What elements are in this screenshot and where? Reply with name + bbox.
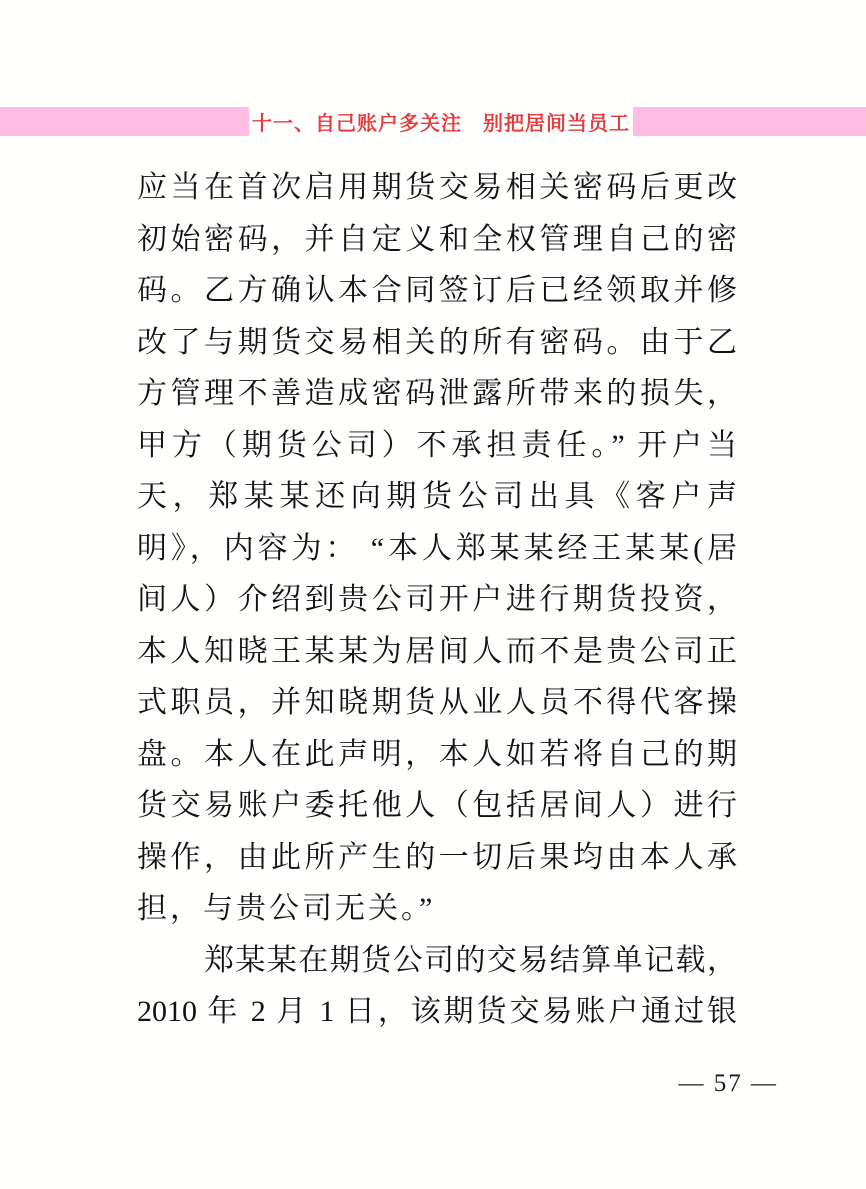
body-text: 应当在首次启用期货交易相关密码后更改 初始密码，并自定义和全权管理自己的密 码。… bbox=[137, 162, 737, 1038]
page-number: — 57 — bbox=[679, 1070, 779, 1098]
chapter-title: 十一、自己账户多关注 别把居间当员工 bbox=[252, 107, 630, 136]
text-line: 天，郑某某还向期货公司出具《客户声 bbox=[137, 471, 737, 523]
text-line-paragraph-end: 担，与贵公司无关。” bbox=[137, 883, 737, 935]
text-line: 式职员，并知晓期货从业人员不得代客操 bbox=[137, 677, 737, 729]
banner-bar-right bbox=[633, 107, 866, 136]
text-line-paragraph-start: 郑某某在期货公司的交易结算单记载， bbox=[137, 935, 737, 987]
text-line: 码。乙方确认本合同签订后已经领取并修 bbox=[137, 265, 737, 317]
text-line: 甲方（期货公司）不承担责任。” 开户当 bbox=[137, 420, 737, 472]
banner-title-wrap: 十一、自己账户多关注 别把居间当员工 bbox=[249, 107, 633, 136]
chapter-banner: 十一、自己账户多关注 别把居间当员工 bbox=[0, 107, 866, 136]
banner-bar-left bbox=[0, 107, 249, 136]
book-page: 十一、自己账户多关注 别把居间当员工 应当在首次启用期货交易相关密码后更改 初始… bbox=[0, 0, 866, 1189]
text-line: 盘。本人在此声明，本人如若将自己的期 bbox=[137, 729, 737, 781]
text-line: 初始密码，并自定义和全权管理自己的密 bbox=[137, 214, 737, 266]
text-line: 2010 年 2 月 1 日，该期货交易账户通过银 bbox=[137, 986, 737, 1038]
text-line: 本人知晓王某某为居间人而不是贵公司正 bbox=[137, 626, 737, 678]
text-line: 操作，由此所产生的一切后果均由本人承 bbox=[137, 832, 737, 884]
text-line: 明》，内容为： “本人郑某某经王某某(居 bbox=[137, 523, 737, 575]
text-line: 方管理不善造成密码泄露所带来的损失， bbox=[137, 368, 737, 420]
text-line: 间人）介绍到贵公司开户进行期货投资， bbox=[137, 574, 737, 626]
text-line: 应当在首次启用期货交易相关密码后更改 bbox=[137, 162, 737, 214]
text-line: 改了与期货交易相关的所有密码。由于乙 bbox=[137, 317, 737, 369]
text-line: 货交易账户委托他人（包括居间人）进行 bbox=[137, 780, 737, 832]
